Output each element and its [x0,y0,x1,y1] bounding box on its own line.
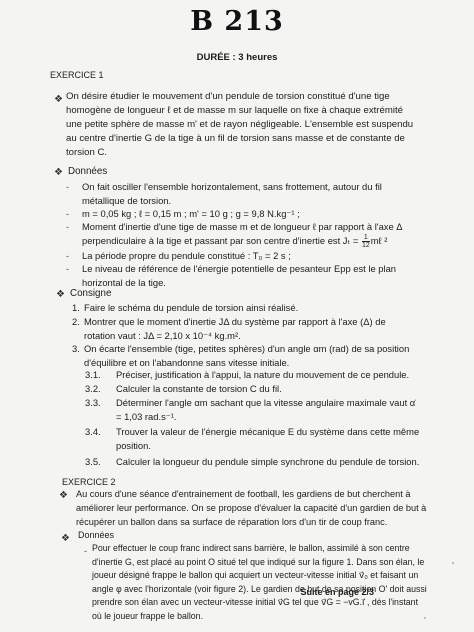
diamond-bullet-icon: ❖ [54,167,63,178]
data-item: Moment d'inertie d'une tige de masse m e… [82,220,466,249]
instruction-item: Montrer que le moment d'inertie JΔ du sy… [84,315,466,342]
exercise-2-title: EXERCICE 2 [62,477,116,487]
sub-instruction-number: 3.3. [85,397,101,408]
instruction-line: d'équilibre et on l'abandonne sans vites… [84,356,466,370]
data-line: d'inertie G, est placé au point O situé … [92,556,468,570]
sub-instruction-number: 3.2. [85,383,101,394]
exam-code: B 213 [0,6,474,37]
formula-tail: mℓ ² [371,235,388,246]
instruction-number: 2. [72,316,80,327]
instruction-item: Faire le schéma du pendule de torsion ai… [84,301,298,315]
intro-line: On désire étudier le mouvement d'un pend… [66,90,466,104]
instruction-line: Montrer que le moment d'inertie JΔ du sy… [84,315,466,329]
sub-instruction-line: position. [116,439,466,453]
exercise-1-title: EXERCICE 1 [50,70,104,80]
sub-instruction-number: 3.5. [85,456,101,467]
exercise-2-intro: Au cours d'une séance d'entrainement de … [76,487,468,529]
data-line: On fait osciller l'ensemble horizontalem… [82,180,466,194]
sub-instruction-number: 3.4. [85,426,101,437]
scan-speck [452,562,454,564]
data-line: horizontal de la tige. [82,276,466,290]
exercise-1-instructions-heading: Consigne [70,288,111,299]
dash-bullet: - [66,182,69,192]
dash-bullet: - [66,222,69,232]
exercise-2-data: Pour effectuer le coup franc indirect sa… [92,542,468,623]
data-line: joueur désigné frappe le ballon qui acqu… [92,569,468,583]
sub-instruction-item: Calculer la longueur du pendule simple s… [116,455,419,469]
intro-line: au centre d'inertie G de la tige à un fi… [66,132,466,146]
instruction-number: 1. [72,302,80,313]
intro-line: Au cours d'une séance d'entrainement de … [76,487,468,501]
sub-instruction-number: 3.1. [85,369,101,380]
exam-duration: DURÉE : 3 heures [0,52,474,63]
fraction-denominator: 12 [362,242,370,249]
sub-instruction-item: Déterminer l'angle αm sachant que la vit… [116,396,466,423]
continuation-note: Suite en page 2/3 [300,587,374,597]
scan-speck [424,617,426,619]
intro-line: une petite sphère de masse m' et de rayo… [66,118,466,132]
intro-line: améliorer leur performance. On se propos… [76,501,468,515]
inertia-text: perpendiculaire à la tige et passant par… [82,235,361,246]
data-line: où le joueur frappe le ballon. [92,610,468,624]
exercise-1-intro: On désire étudier le mouvement d'un pend… [66,90,466,160]
dash-bullet: - [66,209,69,219]
instruction-line: On écarte l'ensemble (tige, petites sphè… [84,342,466,356]
fraction: 112 [362,234,370,249]
intro-line: homogène de longueur ℓ et de masse m sur… [66,104,466,118]
sub-instruction-line: = 1,03 rad.s⁻¹. [116,410,466,424]
dash-bullet: - [84,546,87,556]
exercise-1-data-heading: Données [68,166,107,177]
diamond-bullet-icon: ❖ [59,490,68,501]
intro-line: récupérer un ballon dans sa surface de r… [76,515,468,529]
data-line: prendre son élan avec un vecteur-vitesse… [92,596,468,610]
sub-instruction-line: Trouver la valeur de l'énergie mécanique… [116,425,466,439]
data-item: On fait osciller l'ensemble horizontalem… [82,180,466,207]
data-line: Moment d'inertie d'une tige de masse m e… [82,220,466,234]
instruction-item: On écarte l'ensemble (tige, petites sphè… [84,342,466,369]
fraction-numerator: 1 [362,234,370,242]
data-item: m = 0,05 kg ; ℓ = 0,15 m ; m' = 10 g ; g… [82,207,300,221]
exercise-2-data-heading: Données [78,530,114,540]
sub-instruction-item: Trouver la valeur de l'énergie mécanique… [116,425,466,452]
diamond-bullet-icon: ❖ [56,289,65,300]
exam-page: B 213 DURÉE : 3 heures EXERCICE 1 ❖ On d… [0,0,474,632]
sub-instruction-item: Calculer la constante de torsion C du fi… [116,382,282,396]
diamond-bullet-icon: ❖ [54,94,63,105]
sub-instruction-item: Préciser, justification à l'appui, la na… [116,368,409,382]
data-line: Le niveau de référence de l'énergie pote… [82,262,466,276]
data-line: perpendiculaire à la tige et passant par… [82,234,466,249]
dash-bullet: - [66,264,69,274]
intro-line: torsion C. [66,146,466,160]
sub-instruction-line: Déterminer l'angle αm sachant que la vit… [116,396,466,410]
data-item: La période propre du pendule constitué :… [82,249,291,263]
instruction-number: 3. [72,343,80,354]
data-line: Pour effectuer le coup franc indirect sa… [92,542,468,556]
data-line: angle φ avec l'horizontale (voir figure … [92,583,468,597]
data-item: Le niveau de référence de l'énergie pote… [82,262,466,289]
dash-bullet: - [66,251,69,261]
data-line: métallique de torsion. [82,194,466,208]
instruction-line: rotation vaut : JΔ = 2,10 x 10⁻⁴ kg.m². [84,329,466,343]
diamond-bullet-icon: ❖ [61,533,70,544]
